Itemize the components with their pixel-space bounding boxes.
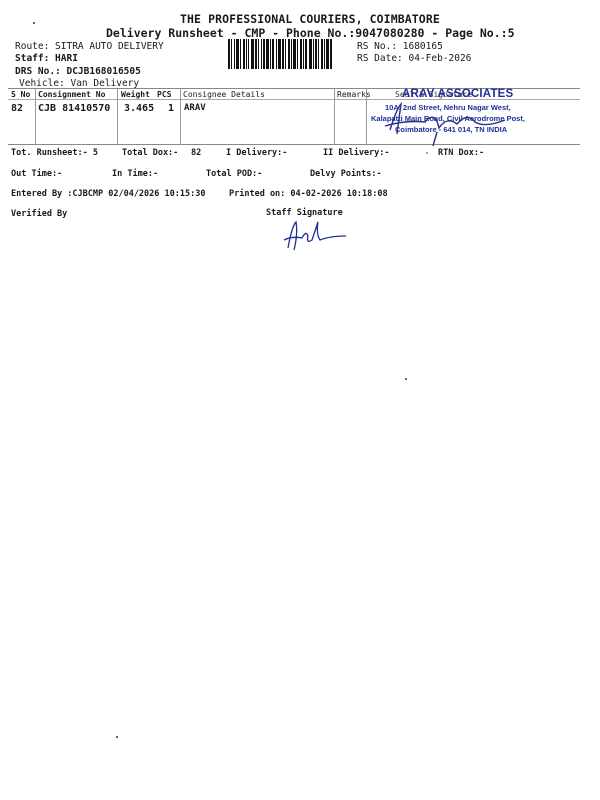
col-divider — [180, 88, 181, 144]
cell-consignee: ARAV — [184, 103, 206, 113]
col-divider — [117, 88, 118, 144]
out-time: Out Time:- — [11, 169, 62, 179]
staff-signature-label: Staff Signature — [266, 208, 343, 218]
col-header-remarks: Remarks — [337, 90, 371, 99]
printed-on: Printed on: 04-02-2026 10:18:08 — [229, 189, 388, 199]
col-divider — [334, 88, 335, 144]
drs-number: DRS No.: DCJB168016505 — [15, 66, 141, 77]
col-header-consignee: Consignee Details — [183, 90, 265, 99]
rtn-dox: RTN Dox:- — [438, 148, 484, 158]
company-title: THE PROFESSIONAL COURIERS, COIMBATORE — [180, 12, 440, 26]
staff-label: Staff: HARI — [15, 53, 78, 64]
col-header-weight: Weight — [121, 90, 150, 99]
tot-runsheet: Tot. Runsheet:- 5 — [11, 148, 98, 158]
total-dox-label: Total Dox:- — [122, 148, 178, 158]
in-time: In Time:- — [112, 169, 158, 179]
scan-speck — [405, 378, 407, 380]
col-header-sno: S No — [11, 90, 30, 99]
route-label: Route: SITRA AUTO DELIVERY — [15, 41, 164, 52]
entered-by: Entered By :CJBCMP 02/04/2026 10:15:30 — [11, 189, 205, 199]
staff-signature-icon — [280, 218, 350, 252]
scan-speck — [33, 22, 35, 24]
barcode — [228, 39, 356, 69]
verified-by: Verified By — [11, 209, 67, 219]
i-delivery: I Delivery:- — [226, 148, 287, 158]
scan-speck — [426, 152, 428, 154]
col-header-consignment: Consignment No — [38, 90, 105, 99]
scan-speck — [116, 736, 118, 738]
ii-delivery: II Delivery:- — [323, 148, 390, 158]
cell-sno: 82 — [11, 103, 23, 114]
total-pod: Total POD:- — [206, 169, 262, 179]
rs-number: RS No.: 1680165 — [357, 41, 443, 52]
rs-date: RS Date: 04-Feb-2026 — [357, 53, 471, 64]
runsheet-subtitle: Delivery Runsheet - CMP - Phone No.:9047… — [106, 26, 515, 40]
cell-weight: 3.465 — [124, 103, 154, 114]
total-dox-value: 82 — [191, 148, 201, 158]
cell-pcs: 1 — [168, 103, 174, 114]
col-divider — [35, 88, 36, 144]
stamp-signature-icon — [375, 98, 515, 148]
col-header-pcs: PCS — [157, 90, 171, 99]
delvy-points: Delvy Points:- — [310, 169, 382, 179]
cell-consignment-no: CJB 81410570 — [38, 103, 110, 114]
